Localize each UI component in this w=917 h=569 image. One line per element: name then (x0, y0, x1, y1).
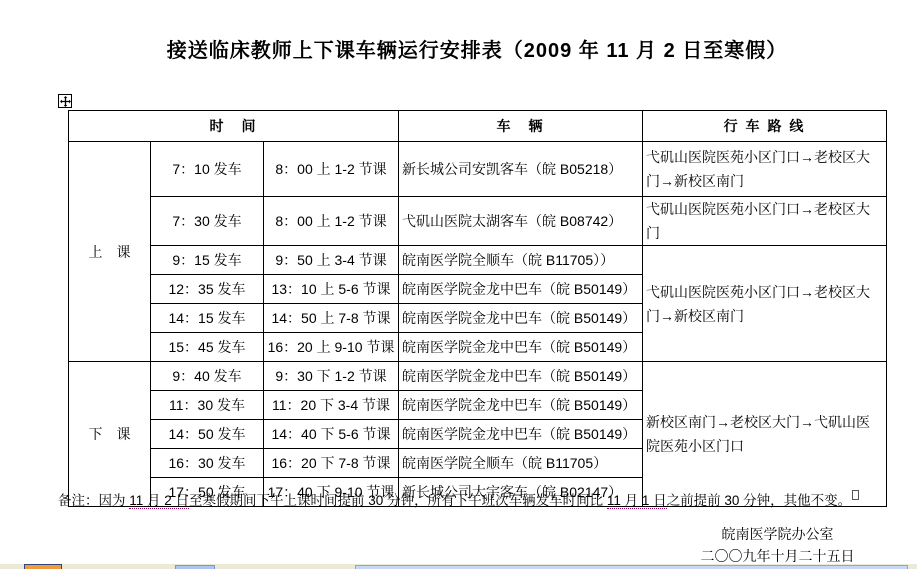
vehicle: 皖南医学院全顺车（皖 B11705）） (399, 246, 643, 275)
vehicle: 皖南医学院金龙中巴车（皖 B50149） (399, 362, 643, 391)
depart-time: 12：35 发车 (151, 275, 264, 304)
vehicle: 皖南医学院全顺车（皖 B11705） (399, 449, 643, 478)
depart-time: 14：15 发车 (151, 304, 264, 333)
taskbar-edge (0, 564, 917, 569)
footnote-date-1: 11 月 2 日 (129, 493, 189, 509)
depart-time: 14：50 发车 (151, 420, 264, 449)
route: 新校区南门→老校区大门→弋矶山医院医苑小区门口 (643, 362, 887, 507)
route: 弋矶山医院医苑小区门口→老校区大门 (643, 197, 887, 246)
class-time: 16：20 上 9-10 节课 (264, 333, 399, 362)
footnote-text: 至寒假期间下午上课时间提前 30 分钟，所有下午班次车辆发车时间比 (189, 493, 607, 508)
table-row: 7：30 发车 8：00 上 1-2 节课 弋矶山医院太湖客车（皖 B08742… (69, 197, 887, 246)
class-time: 14：40 下 5-6 节课 (264, 420, 399, 449)
depart-time: 16：30 发车 (151, 449, 264, 478)
document-page: 接送临床教师上下课车辆运行安排表（2009 年 11 月 2 日至寒假） 时 间… (0, 0, 917, 569)
signature-office: 皖南医学院办公室 (655, 523, 900, 545)
class-time: 14：50 上 7-8 节课 (264, 304, 399, 333)
class-time: 13：10 上 5-6 节课 (264, 275, 399, 304)
vehicle: 皖南医学院金龙中巴车（皖 B50149） (399, 275, 643, 304)
route: 弋矶山医院医苑小区门口→老校区大门→新校区南门 (643, 246, 887, 362)
vehicle: 弋矶山医院太湖客车（皖 B08742） (399, 197, 643, 246)
table-move-handle[interactable] (58, 94, 72, 108)
vehicle: 皖南医学院金龙中巴车（皖 B50149） (399, 304, 643, 333)
vehicle: 皖南医学院金龙中巴车（皖 B50149） (399, 333, 643, 362)
footnote-date-2: 11 月 1 日 (607, 493, 667, 509)
footnote-text: 因为 (99, 493, 130, 508)
footnote: 备注：因为 11 月 2 日至寒假期间下午上课时间提前 30 分钟，所有下午班次… (58, 489, 903, 509)
table-row: 下 课 9：40 发车 9：30 下 1-2 节课 皖南医学院金龙中巴车（皖 B… (69, 362, 887, 391)
depart-time: 9：40 发车 (151, 362, 264, 391)
depart-time: 9：15 发车 (151, 246, 264, 275)
class-time: 9：50 上 3-4 节课 (264, 246, 399, 275)
depart-time: 7：10 发车 (151, 142, 264, 197)
signature-block: 皖南医学院办公室 二〇〇九年十月二十五日 (655, 523, 900, 567)
vehicle: 皖南医学院金龙中巴车（皖 B50149） (399, 391, 643, 420)
depart-time: 11：30 发车 (151, 391, 264, 420)
paragraph-mark-icon (852, 490, 859, 500)
table-row: 上 课 7：10 发车 8：00 上 1-2 节课 新长城公司安凯客车（皖 B0… (69, 142, 887, 197)
class-time: 9：30 下 1-2 节课 (264, 362, 399, 391)
header-time: 时 间 (69, 111, 399, 142)
class-time: 11：20 下 3-4 节课 (264, 391, 399, 420)
section-label-afternoon: 下 课 (69, 362, 151, 507)
route: 弋矶山医院医苑小区门口→老校区大门→新校区南门 (643, 142, 887, 197)
table-header-row: 时 间 车 辆 行 车 路 线 (69, 111, 887, 142)
taskbar-button-fragment[interactable] (175, 565, 215, 569)
class-time: 8：00 上 1-2 节课 (264, 142, 399, 197)
bus-schedule-table: 时 间 车 辆 行 车 路 线 上 课 7：10 发车 8：00 上 1-2 节… (68, 110, 887, 507)
depart-time: 7：30 发车 (151, 197, 264, 246)
footnote-label: 备注： (58, 493, 99, 508)
page-title: 接送临床教师上下课车辆运行安排表（2009 年 11 月 2 日至寒假） (68, 34, 886, 63)
header-route: 行 车 路 线 (643, 111, 887, 142)
table-row: 9：15 发车 9：50 上 3-4 节课 皖南医学院全顺车（皖 B11705）… (69, 246, 887, 275)
four-way-arrow-icon (60, 96, 71, 107)
taskbar-bar-fragment[interactable] (355, 565, 908, 569)
depart-time: 15：45 发车 (151, 333, 264, 362)
class-time: 16：20 下 7-8 节课 (264, 449, 399, 478)
vehicle: 皖南医学院金龙中巴车（皖 B50149） (399, 420, 643, 449)
class-time: 8：00 上 1-2 节课 (264, 197, 399, 246)
header-vehicle: 车 辆 (399, 111, 643, 142)
taskbar-button-fragment[interactable] (24, 564, 62, 569)
vehicle: 新长城公司安凯客车（皖 B05218） (399, 142, 643, 197)
footnote-text: 之前提前 30 分钟，其他不变。 (667, 493, 852, 508)
section-label-morning: 上 课 (69, 142, 151, 362)
